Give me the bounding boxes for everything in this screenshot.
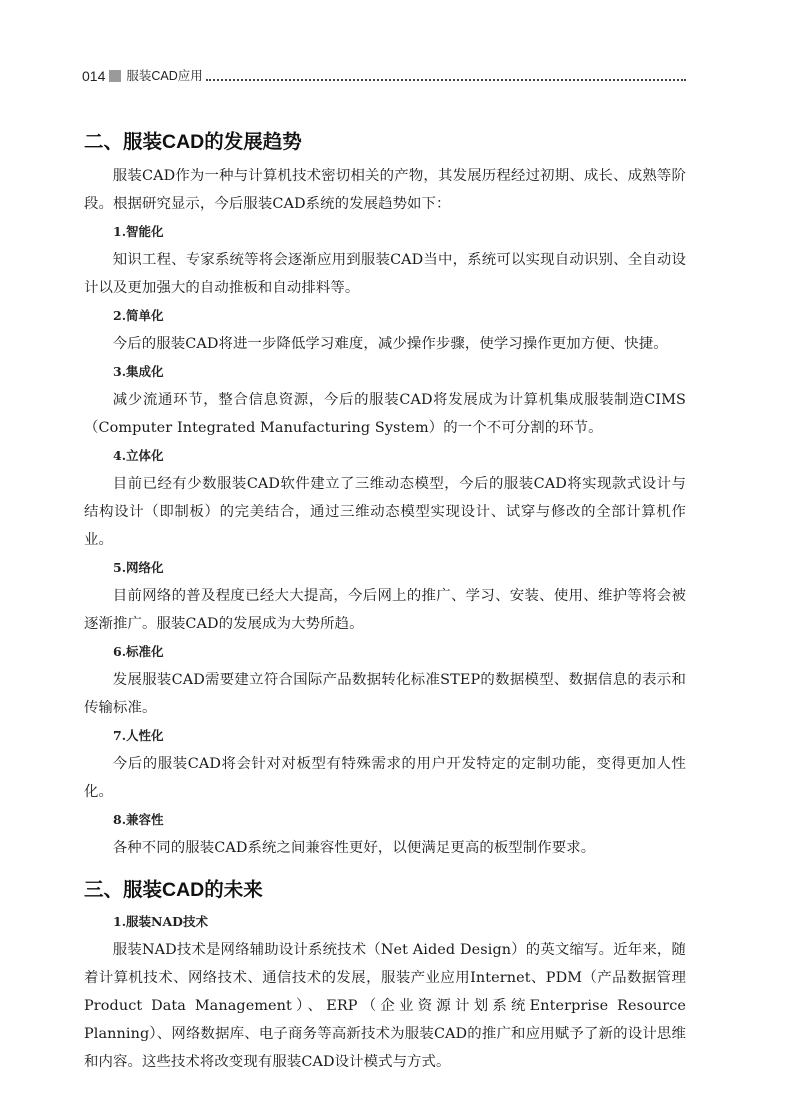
item-text-intelligent: 知识工程、专家系统等将会逐渐应用到服装CAD当中，系统可以实现自动识别、全自动设…	[84, 246, 686, 302]
item-text-humanized: 今后的服装CAD将会针对对板型有特殊需求的用户开发特定的定制功能，变得更加人性化…	[84, 750, 686, 806]
item-text-3d: 目前已经有少数服装CAD软件建立了三维动态模型，今后的服装CAD将实现款式设计与…	[84, 470, 686, 554]
header-square-icon	[109, 70, 121, 82]
item-text-standardized: 发展服装CAD需要建立符合国际产品数据转化标准STEP的数据模型、数据信息的表示…	[84, 666, 686, 722]
item-title-standardized: 6.标准化	[84, 638, 686, 666]
page-body: 二、服装CAD的发展趋势 服装CAD作为一种与计算机技术密切相关的产物，其发展历…	[84, 128, 686, 1076]
item-title-nad: 1.服装NAD技术	[84, 908, 686, 936]
section-title-future: 三、服装CAD的未来	[84, 876, 686, 904]
item-text-compatibility: 各种不同的服装CAD系统之间兼容性更好，以便满足更高的板型制作要求。	[84, 834, 686, 862]
item-text-nad: 服装NAD技术是网络辅助设计系统技术（Net Aided Design）的英文缩…	[84, 936, 686, 1076]
dotted-leader-line	[206, 78, 686, 81]
item-title-compatibility: 8.兼容性	[84, 806, 686, 834]
item-title-simplified: 2.简单化	[84, 302, 686, 330]
item-title-intelligent: 1.智能化	[84, 218, 686, 246]
running-header: 014 服装CAD应用	[82, 63, 686, 85]
item-text-simplified: 今后的服装CAD将进一步降低学习难度，减少操作步骤，使学习操作更加方便、快捷。	[84, 330, 686, 358]
item-text-networked: 目前网络的普及程度已经大大提高，今后网上的推广、学习、安装、使用、维护等将会被逐…	[84, 582, 686, 638]
book-title: 服装CAD应用	[126, 67, 202, 85]
item-text-integrated: 减少流通环节，整合信息资源，今后的服装CAD将发展成为计算机集成服装制造CIMS…	[84, 386, 686, 442]
item-title-integrated: 3.集成化	[84, 358, 686, 386]
page-number: 014	[82, 67, 105, 85]
item-title-humanized: 7.人性化	[84, 722, 686, 750]
section-intro: 服装CAD作为一种与计算机技术密切相关的产物，其发展历程经过初期、成长、成熟等阶…	[84, 162, 686, 218]
section-title-trends: 二、服装CAD的发展趋势	[84, 128, 686, 156]
item-title-networked: 5.网络化	[84, 554, 686, 582]
item-title-3d: 4.立体化	[84, 442, 686, 470]
